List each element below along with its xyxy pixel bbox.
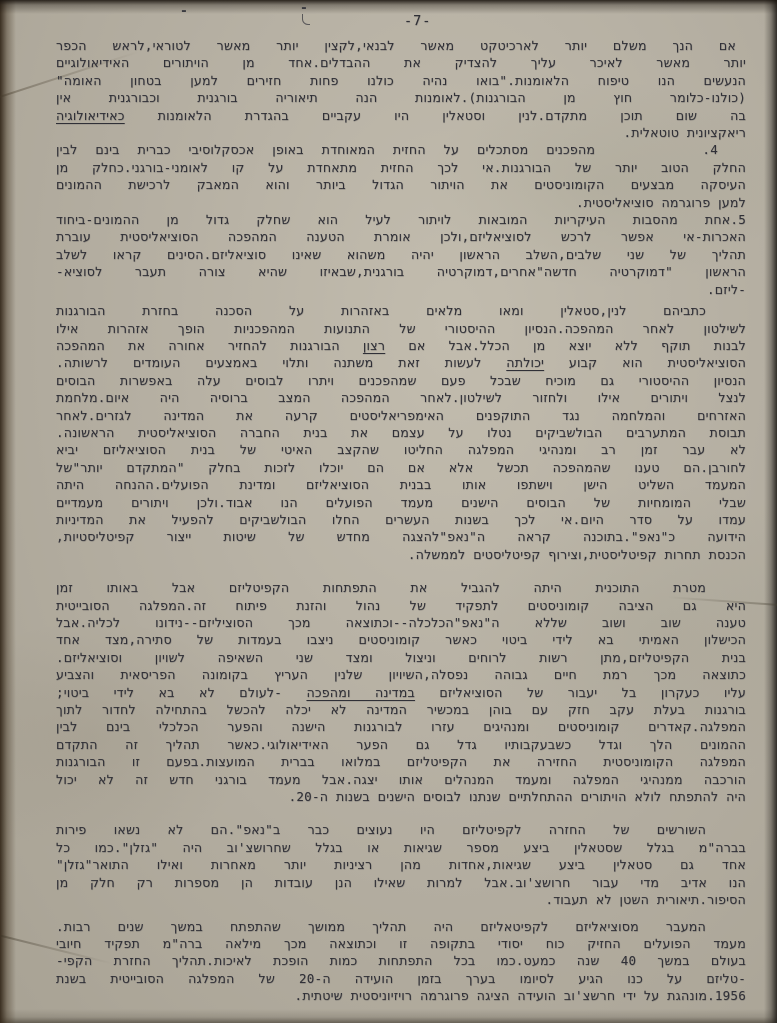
text-line: הסיפור.תיאורית השטן לא תעבוד. <box>56 891 746 908</box>
text-line: הראשון "דמוקרטיה חדשה"אחרים,דמוקרטיה בור… <box>56 263 746 280</box>
text-line: בברה"מ בגלל שסטאלין ביצע מספר שגיאות או … <box>56 839 746 856</box>
text-line: עמדו על סדר היום.אי לכך בשנות העשרים החל… <box>56 511 746 528</box>
text-line: המפלגה הקומוניסטית החזירה את הקפיטליזם ב… <box>56 753 746 770</box>
text-line: כתביהם לנין,סטאלין ומאו מלאים באזהרות על… <box>56 302 746 319</box>
text-line: -טליזם על כנו הגיע לסיומו בערך בזמן הועי… <box>56 970 746 987</box>
paragraph-p-roots: השורשים של החזרה לקפיטליזם היו נעוצים כב… <box>56 821 746 908</box>
text-line: לא עבר זמן רב ומנהיגי המפלגה החליטו שהקצ… <box>56 441 746 458</box>
text-line: החלק הטוב יותר של הבורגנות.אי לכך החזית … <box>56 159 746 176</box>
text-block: אם הנך משלם יותר לארכיטקט מאשר לבנאי,לקצ… <box>56 37 746 1005</box>
text-line: בעולם במשך 40 שנה כמעט.כמו בכל התפתחות כ… <box>56 952 746 969</box>
text-line: המעמד השליט הישן וישתפו אותו בבנית הסוצי… <box>56 476 746 493</box>
scan-artifact-curl <box>302 14 310 25</box>
text-line: 1956.מונהגת על ידי חרשצ'וב הועידה הציגה … <box>56 987 746 1004</box>
text-line: 4. מהפכנים מסתכלים על החזית המאוחדת באופ… <box>56 141 746 158</box>
text-line: הסוציאליסטית הוא קבוע יכולתה לעשות זאת מ… <box>56 354 746 371</box>
text-line: הידועה כ"נאפ".בתוכנה קראה ה"נאפ"להצגה מח… <box>56 528 746 545</box>
text-line: לשילטון לאחר המהפכה.הנסיון ההיסטורי של ה… <box>56 320 746 337</box>
paragraph-p-nep-goal: מטרת התוכנית היתה להגביל את התפתחות הקפי… <box>56 579 746 805</box>
text-line: אם הנך משלם יותר לארכיטקט מאשר לבנאי,לקצ… <box>56 37 746 54</box>
text-line: ההמונים הלך וגדל כשבעקבותיו גדל גם הפער … <box>56 736 746 753</box>
text-line: אחד גם סטאלין ביצע שגיאות,אחדות מהן רצינ… <box>56 856 746 873</box>
text-line: תבוסת המתערבים הבולשביקים נטלו על עצמם א… <box>56 424 746 441</box>
text-line: -ליזם. <box>56 281 746 298</box>
text-line: הנו אדיב מדי עבור חרושצ'וב.אבל למרות שאי… <box>56 874 746 891</box>
text-line: כתוצאה מכך רמת חיים גבוהה נפסלה,השיויון … <box>56 666 746 683</box>
text-line: הנעשים הנו טיפוח הלאומנות."בואו נהיה כול… <box>56 72 746 89</box>
text-line: המפלגה.קאדרים קומוניסטים ומנהיגים עזרו ל… <box>56 718 746 735</box>
paragraph-p-writings: כתביהם לנין,סטאלין ומאו מלאים באזהרות על… <box>56 302 746 563</box>
text-line: לנצל ויתורים אילו ולחזור לשילטון.לאחר המ… <box>56 389 746 406</box>
text-line: העיסקה מבצעים הקומוניסטים את הויתור הגדו… <box>56 176 746 193</box>
text-line: בורגנות בעלת עקב חזק עם בוהן במכשיר המדי… <box>56 701 746 718</box>
text-line: למען פרוגרמה סוציאליסטית. <box>56 194 746 211</box>
text-line: מעמד הפועלים החזיק כוח יסודי בתקופה זו ו… <box>56 935 746 952</box>
paragraph-p1: אם הנך משלם יותר לארכיטקט מאשר לבנאי,לקצ… <box>56 37 746 141</box>
text-line: 5.אחת מהסבות העיקריות המובאות לויתור לעי… <box>56 211 746 228</box>
paragraph-item-4: 4. מהפכנים מסתכלים על החזית המאוחדת באופ… <box>56 141 746 211</box>
text-line: הכנסת תחרות קפיטליסטית,וצירוף קפיטליסטים… <box>56 546 746 563</box>
page-number: -7- <box>404 13 431 29</box>
paragraph-p-transition: המעבר מסוציאליזם לקפיטאליזם היה תהליך ממ… <box>56 918 746 1005</box>
text-line: שבלי המומחיות של הבוסים הישנים מעמד הפוע… <box>56 494 746 511</box>
text-line: השורשים של החזרה לקפיטליזם היו נעוצים כב… <box>56 821 746 838</box>
text-line: היה להתפתח לולא הויתורים ההתחלתיים שנתנו… <box>56 788 746 805</box>
text-line: בה שום תוכן מתקדם.לנין וסטאלין היו עקביי… <box>56 107 746 124</box>
text-line: מטרת התוכנית היתה להגביל את התפתחות הקפי… <box>56 579 746 596</box>
scanned-document-page: - - -7- אם הנך משלם יותר לארכיטקט מאשר ל… <box>0 0 777 1023</box>
text-line: הנסיון ההיסטורי גם מוכיח שבכל פעם שמהפכנ… <box>56 372 746 389</box>
text-line: טענה שוב ושוב שללא ה"נאפ"הכלכלה--וכתוצאה… <box>56 614 746 631</box>
text-line: המעבר מסוציאליזם לקפיטאליזם היה תהליך ממ… <box>56 918 746 935</box>
text-line: תהליך של שני שלבים,השלב הראשון יהיה משהו… <box>56 246 746 263</box>
scan-artifact-dash: - <box>180 4 188 19</box>
text-line: בנית הקפיטליזם,מתן רשות לרוחים וניצול ומ… <box>56 649 746 666</box>
text-line: לחורבן.הם טענו שהמהפכה תכשל אלא אם הם יו… <box>56 459 746 476</box>
text-line: היא גם הציבה קומוניסטים לתפקיד של נהול ו… <box>56 597 746 614</box>
text-line: האכרות-אי אפשר לרכש לסוציאליזם,ולכן אומר… <box>56 228 746 245</box>
text-line: לבנות תוקף ללא יוצא מן הכלל.אבל אם רצון … <box>56 337 746 354</box>
text-line: האזרחים והמלחמה נגד התוקפנים האימפריאליס… <box>56 407 746 424</box>
text-line: ריאקציונית טוטאלית. <box>56 124 746 141</box>
text-line: עליו כעקרון בל יעבור של הסוציאליזם במדינ… <box>56 684 746 701</box>
paragraph-item-5: 5.אחת מהסבות העיקריות המובאות לויתור לעי… <box>56 211 746 298</box>
text-line: הורכבה ממנהיגי המפלגה ומעמד המנהלים אותו… <box>56 771 746 788</box>
text-line: יותר מאשר לאיכר עליך להצדיק את ההבדלים.א… <box>56 54 746 71</box>
text-line: (כולנו-כלומר חוץ מן הבורגנות).לאומנות הנ… <box>56 89 746 106</box>
text-line: הכישלון האמיתי בא לידי ביטוי כאשר קומוני… <box>56 631 746 648</box>
